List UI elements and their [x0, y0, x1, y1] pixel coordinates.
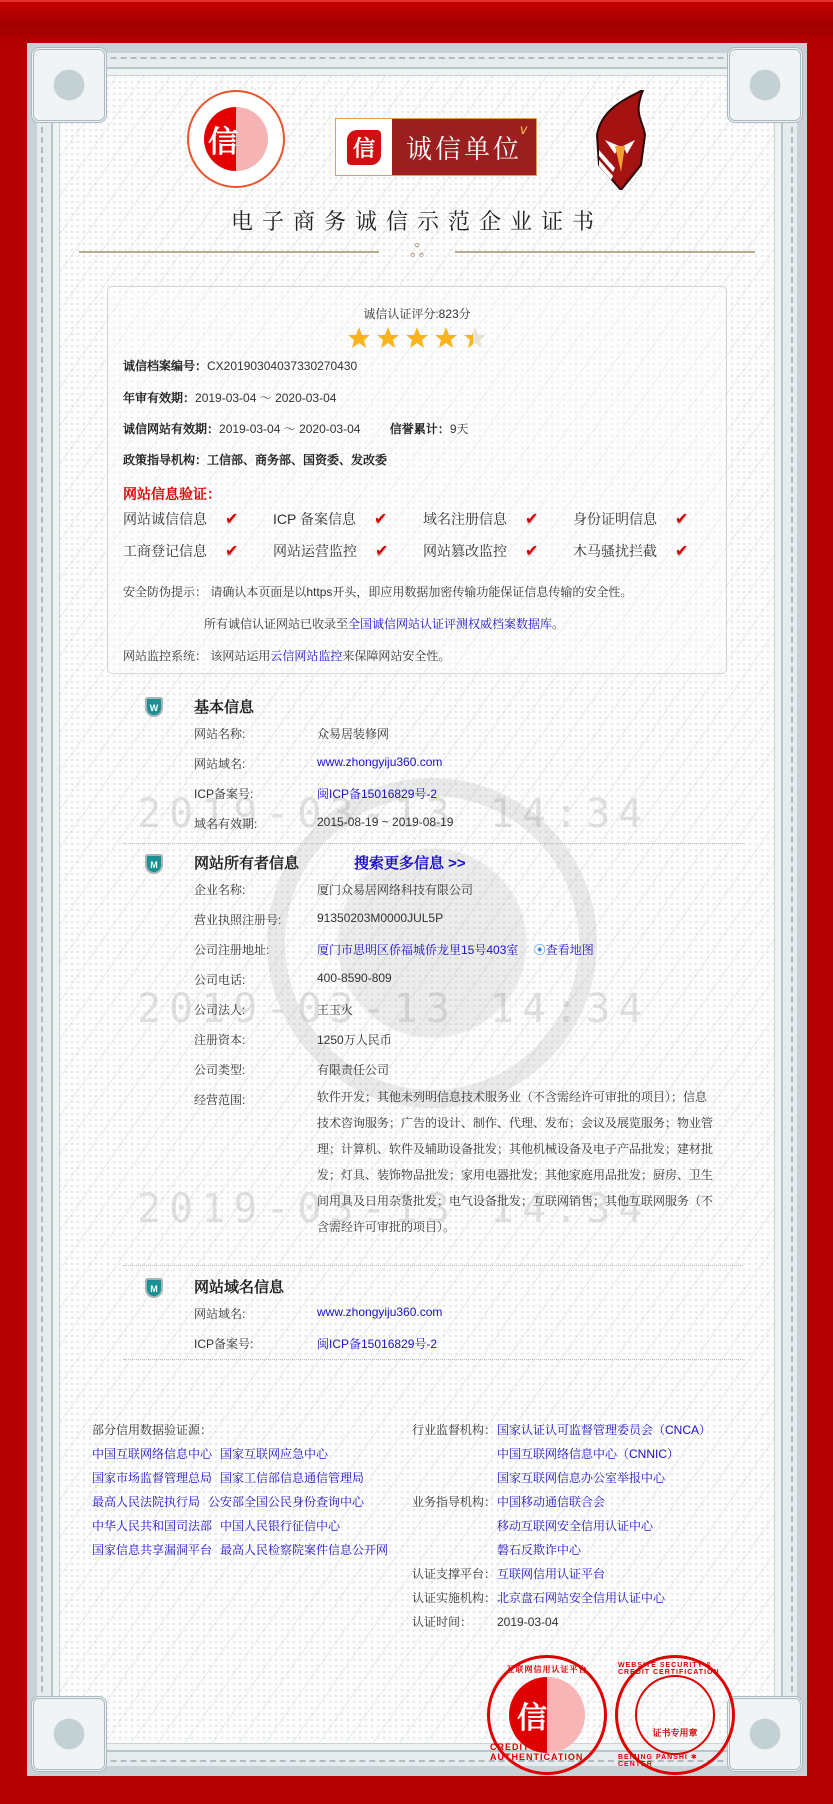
source-link[interactable]: 中国互联网络信息中心	[92, 1447, 212, 1461]
check-icon: ✔	[675, 509, 688, 529]
section-divider	[123, 843, 743, 844]
agency-row: 移动互联网安全信用认证中心	[412, 1514, 772, 1538]
business-scope-text: 软件开发；其他未列明信息技术服务业（不含需经许可审批的项目）；信息技术咨询服务；…	[317, 1084, 717, 1240]
title-divider: ஃ	[79, 243, 755, 263]
cloud-monitor-link[interactable]: 云信网站监控	[270, 649, 342, 663]
source-link[interactable]: 国家市场监督管理总局	[92, 1471, 212, 1485]
shield-w-icon: W	[145, 697, 163, 717]
agency-row: 中国互联网络信息中心（CNNIC）	[412, 1442, 772, 1466]
section-title: 网站所有者信息	[194, 852, 299, 873]
source-link[interactable]: 国家信息共享漏洞平台	[92, 1543, 212, 1557]
verification-item: 木马骚扰拦截✔	[573, 541, 723, 561]
frame-corner-ornament	[31, 1696, 107, 1772]
xin-logo-icon: 信	[347, 130, 381, 165]
policy-agencies-row: 政策指导机构：工信部、商务部、国资委、发改委	[123, 451, 387, 468]
monitor-system-row: 网站监控系统： 该网站运用云信网站监控来保障网站安全性。	[123, 647, 450, 664]
search-more-link[interactable]: 搜索更多信息 >>	[354, 852, 466, 873]
annual-review-row: 年审有效期：2019-03-04 ～ 2020-03-04	[123, 389, 336, 406]
agency-row: 认证支撑平台：互联网信用认证平台	[412, 1562, 772, 1586]
icp-link[interactable]: 闽ICP备15016829号-2	[317, 785, 717, 802]
check-icon: ✔	[225, 509, 238, 529]
icp-link[interactable]: 闽ICP备15016829号-2	[317, 1335, 717, 1352]
source-link[interactable]: 国家工信部信息通信管理局	[220, 1471, 364, 1485]
credit-summary-panel: 诚信认证评分:823分 诚信档案编号：CX2019030403733027043…	[107, 286, 727, 674]
star-icon	[376, 326, 400, 350]
verification-heading: 网站信息验证：	[123, 484, 221, 504]
agency-link[interactable]: 北京盘石网站安全信用认证中心	[497, 1586, 665, 1610]
address-link[interactable]: 厦门市思明区侨福城侨龙里15号403室	[317, 943, 518, 957]
verification-item: 身份证明信息✔	[573, 509, 723, 529]
section-divider	[123, 1359, 743, 1360]
frame-corner-ornament	[727, 1696, 803, 1772]
source-link[interactable]: 最高人民检察院案件信息公开网	[220, 1543, 388, 1557]
section-title: 网站域名信息	[194, 1276, 284, 1297]
cert-time-row: 认证时间： 2019-03-04	[412, 1610, 772, 1634]
source-link[interactable]: 公安部全国公民身份查询中心	[208, 1495, 364, 1509]
source-link[interactable]: 中华人民共和国司法部	[92, 1519, 212, 1533]
agency-row: 磐石反欺诈中心	[412, 1538, 772, 1562]
agency-link[interactable]: 中国移动通信联合会	[497, 1490, 605, 1514]
check-icon: ✔	[375, 541, 388, 561]
agency-row: 认证实施机构：北京盘石网站安全信用认证中心	[412, 1586, 772, 1610]
sources-title: 部分信用数据验证源：	[92, 1418, 422, 1442]
verification-item: ICP 备案信息✔	[273, 509, 423, 529]
agency-link[interactable]: 磐石反欺诈中心	[497, 1538, 581, 1562]
demonstration-enterprise-seal-icon: 信	[187, 90, 285, 188]
eagle-shield-logo-icon	[593, 90, 647, 190]
domain-link[interactable]: www.zhongyiju360.com	[317, 755, 717, 769]
scroll-ornament-icon: ஃ	[397, 241, 437, 264]
agency-link[interactable]: 中国互联网络信息中心（CNNIC）	[497, 1442, 679, 1466]
verification-item: 工商登记信息✔	[123, 541, 273, 561]
shield-m-icon: M	[145, 854, 163, 874]
check-icon: ✔	[225, 541, 238, 561]
source-link[interactable]: 最高人民法院执行局	[92, 1495, 200, 1509]
verification-checklist: 网站诚信信息✔ICP 备案信息✔域名注册信息✔身份证明信息✔工商登记信息✔网站运…	[123, 509, 713, 561]
shield-m-icon: M	[145, 1278, 163, 1298]
badge-label: 诚信单位	[406, 129, 522, 166]
source-link[interactable]: 中国人民银行征信中心	[220, 1519, 340, 1533]
verification-item: 网站篡改监控✔	[423, 541, 573, 561]
certificate-sheet: 信 信 诚信单位 v 电子商务诚信示范企业证书 ஃ 诚信认证评分:8	[27, 43, 807, 1776]
panshi-certification-stamp: WEBSITE SECURITY & CREDIT CERTIFICATION …	[615, 1655, 735, 1775]
agency-link[interactable]: 国家认证认可监督管理委员会（CNCA）	[497, 1418, 711, 1442]
star-icon	[434, 326, 458, 350]
agency-link[interactable]: 互联网信用认证平台	[497, 1562, 605, 1586]
agency-link[interactable]: 国家互联网信息办公室举报中心	[497, 1466, 665, 1490]
badge-v-mark: v	[520, 121, 530, 137]
check-icon: ✔	[374, 509, 387, 529]
verification-item: 网站运营监控✔	[273, 541, 423, 561]
source-link[interactable]: 国家互联网应急中心	[220, 1447, 328, 1461]
archive-database-link[interactable]: 全国诚信网站认证评测权威档案数据库	[348, 617, 552, 631]
star-icon	[347, 326, 371, 350]
data-sources-block: 部分信用数据验证源： 中国互联网络信息中心国家互联网应急中心国家市场监督管理总局…	[92, 1418, 422, 1562]
section-title: 基本信息	[194, 696, 254, 717]
view-map-link[interactable]: 查看地图	[546, 943, 594, 957]
section-divider	[123, 1265, 743, 1266]
header-logos: 信 信 诚信单位 v	[27, 90, 807, 200]
agency-link[interactable]: 移动互联网安全信用认证中心	[497, 1514, 653, 1538]
check-icon: ✔	[675, 541, 688, 561]
domain-link[interactable]: www.zhongyiju360.com	[317, 1305, 717, 1319]
credit-unit-badge: 信 诚信单位 v	[335, 118, 537, 176]
agencies-block: 行业监督机构：国家认证认可监督管理委员会（CNCA）中国互联网络信息中心（CNN…	[412, 1418, 772, 1634]
verification-item: 域名注册信息✔	[423, 509, 573, 529]
star-icon	[463, 326, 487, 350]
star-icon	[405, 326, 429, 350]
archive-note: 所有诚信认证网站已收录至全国诚信网站认证评测权威档案数据库。	[204, 615, 564, 632]
check-icon: ✔	[525, 509, 538, 529]
site-validity-row: 诚信网站有效期：2019-03-04 ～ 2020-03-04 信誉累计：9天	[123, 420, 469, 437]
agency-row: 行业监督机构：国家认证认可监督管理委员会（CNCA）	[412, 1418, 772, 1442]
security-tip: 安全防伪提示： 请确认本页面是以https开头，即应用数据加密传输功能保证信息传…	[123, 583, 632, 600]
archive-number-row: 诚信档案编号：CX20190304037330270430	[123, 357, 357, 374]
credit-score: 诚信认证评分:823分	[108, 305, 726, 322]
verification-item: 网站诚信信息✔	[123, 509, 273, 529]
credit-authentication-stamp: 互联网信用认证平台 信 CREDIT AUTHENTICATION	[487, 1655, 607, 1775]
certificate-title: 电子商务诚信示范企业证书	[27, 205, 807, 236]
star-rating	[108, 326, 726, 350]
map-pin-icon: ⦿	[534, 943, 546, 957]
agency-row: 业务指导机构：中国移动通信联合会	[412, 1490, 772, 1514]
check-icon: ✔	[525, 541, 538, 561]
agency-row: 国家互联网信息办公室举报中心	[412, 1466, 772, 1490]
outer-red-border	[0, 0, 833, 42]
